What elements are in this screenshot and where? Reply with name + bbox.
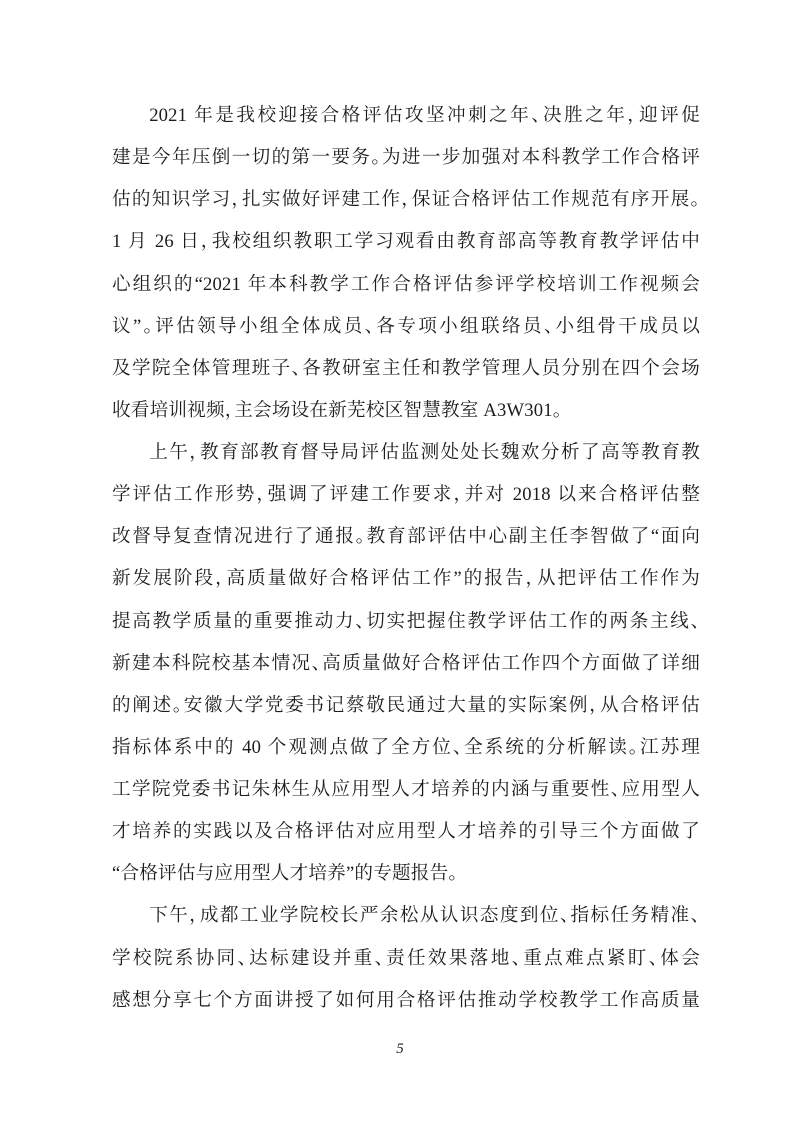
text-line: 改督导复查情况进行了通报。教育部评估中心副主任李智做了“面向 bbox=[112, 516, 700, 558]
text-line: 才培养的实践以及合格评估对应用型人才培养的引导三个方面做了 bbox=[112, 811, 700, 853]
text-line: 感想分享七个方面讲授了如何用合格评估推动学校教学工作高质量 bbox=[112, 980, 700, 1022]
text-line: 下午，成都工业学院校长严余松从认识态度到位、指标任务精准、 bbox=[112, 895, 700, 937]
text-line: 工学院党委书记朱林生从应用型人才培养的内涵与重要性、应用型人 bbox=[112, 769, 700, 811]
text-line: 学校院系协同、达标建设并重、责任效果落地、重点难点紧盯、体会 bbox=[112, 938, 700, 980]
document-page: 2021 年是我校迎接合格评估攻坚冲刺之年、决胜之年，迎评促建是今年压倒一切的第… bbox=[0, 0, 800, 1131]
text-line: 提高教学质量的重要推动力、切实把握住教学评估工作的两条主线、 bbox=[112, 601, 700, 643]
document-body: 2021 年是我校迎接合格评估攻坚冲刺之年、决胜之年，迎评促建是今年压倒一切的第… bbox=[112, 95, 700, 1022]
text-line: 的阐述。安徽大学党委书记蔡敬民通过大量的实际案例，从合格评估 bbox=[112, 685, 700, 727]
text-line: 新建本科院校基本情况、高质量做好合格评估工作四个方面做了详细 bbox=[112, 643, 700, 685]
text-line: 1 月 26 日，我校组织教职工学习观看由教育部高等教育教学评估中 bbox=[112, 221, 700, 263]
text-line: 收看培训视频，主会场设在新芜校区智慧教室 A3W301。 bbox=[112, 390, 700, 432]
text-line: “合格评估与应用型人才培养”的专题报告。 bbox=[112, 853, 700, 895]
text-line: 心组织的“2021 年本科教学工作合格评估参评学校培训工作视频会 bbox=[112, 264, 700, 306]
page-number: 5 bbox=[396, 1041, 404, 1057]
text-line: 上午，教育部教育督导局评估监测处处长魏欢分析了高等教育教 bbox=[112, 432, 700, 474]
text-line: 2021 年是我校迎接合格评估攻坚冲刺之年、决胜之年，迎评促 bbox=[112, 95, 700, 137]
text-line: 指标体系中的 40 个观测点做了全方位、全系统的分析解读。江苏理 bbox=[112, 727, 700, 769]
text-line: 建是今年压倒一切的第一要务。为进一步加强对本科教学工作合格评 bbox=[112, 137, 700, 179]
text-line: 新发展阶段，高质量做好合格评估工作”的报告，从把评估工作作为 bbox=[112, 558, 700, 600]
text-line: 学评估工作形势，强调了评建工作要求，并对 2018 以来合格评估整 bbox=[112, 474, 700, 516]
text-line: 议”。评估领导小组全体成员、各专项小组联络员、小组骨干成员以 bbox=[112, 306, 700, 348]
page-footer: 5 bbox=[0, 1040, 800, 1058]
text-line: 及学院全体管理班子、各教研室主任和教学管理人员分别在四个会场 bbox=[112, 348, 700, 390]
text-line: 估的知识学习，扎实做好评建工作，保证合格评估工作规范有序开展。 bbox=[112, 179, 700, 221]
